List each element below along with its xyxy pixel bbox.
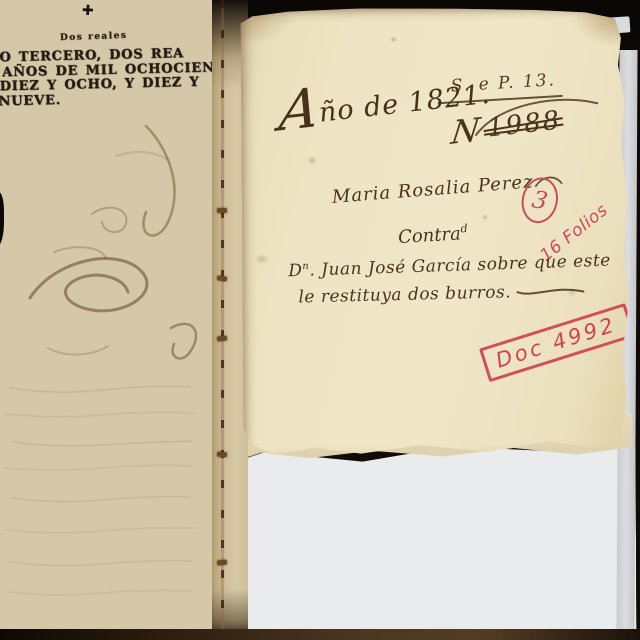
contra-text: Contra: [397, 223, 461, 248]
struck-file-number: 1988: [486, 105, 563, 143]
binding-stitch: [217, 275, 228, 281]
year-initial: A: [278, 87, 321, 133]
binding-stitch: [217, 208, 227, 213]
binding-stitch: [217, 560, 227, 566]
faded-ink-flourishes: [0, 0, 212, 640]
archival-document-photo: ✚ Dos reales LLO TERCERO, DOS REA S, AÑO…: [0, 0, 640, 640]
binding-stitch: [217, 335, 227, 341]
subject-text-1: . Juan José García sobre que este: [309, 251, 611, 281]
subject-prefix: D: [288, 261, 303, 281]
white-backing-sheet: [246, 445, 637, 637]
flourish-dash: [515, 283, 587, 299]
binding-stitch: [217, 452, 227, 458]
binding-seam: [221, 0, 224, 640]
plaintiff-name: Maria Rosalia Perez: [331, 171, 534, 207]
contra-superscript: d: [460, 222, 468, 235]
contra-line: Contrad: [397, 222, 468, 248]
left-page: ✚ Dos reales LLO TERCERO, DOS REA S, AÑO…: [0, 0, 212, 640]
right-page-cover: S. e P. 13. Año de 1821. N 1988 Maria Ro…: [240, 7, 635, 456]
table-edge: [0, 629, 640, 640]
doc-number-stamp: Doc 4992: [479, 303, 635, 382]
circle-number-text: 3: [529, 185, 550, 216]
subject-line-1: Dn. Juan José García sobre que este: [288, 251, 611, 282]
subject-line-2: le restituya dos burros.: [298, 280, 587, 307]
subject-text-2: le restituya dos burros.: [298, 282, 511, 307]
